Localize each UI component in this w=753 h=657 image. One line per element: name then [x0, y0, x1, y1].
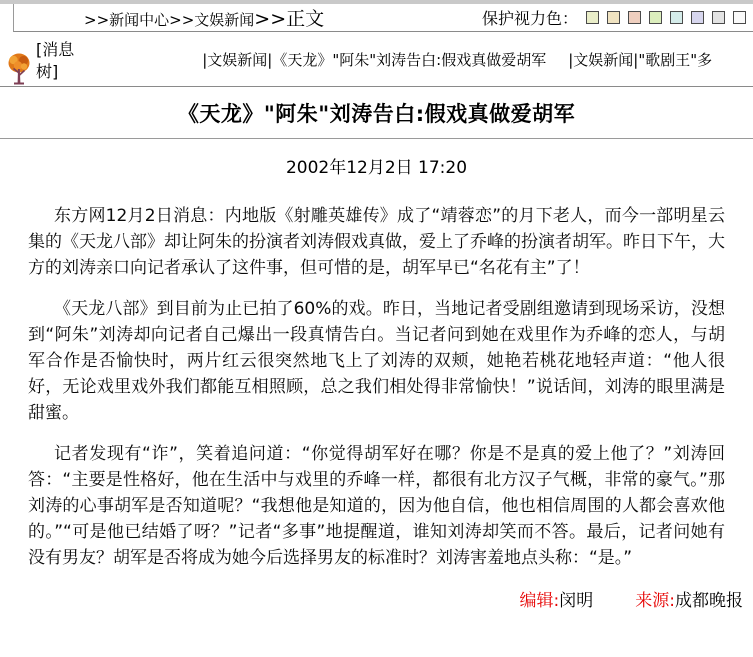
breadcrumb: >>新闻中心 >>文娱新闻 >>正文 [14, 4, 324, 31]
editor-name: 闵明 [559, 591, 593, 611]
breadcrumb-item-news-center[interactable]: >>新闻中心 [84, 9, 169, 30]
message-tree-label-line1: [消息 [36, 39, 74, 61]
paragraph-3: 记者发现有“诈”，笑着追问道：“你觉得胡军好在哪？你是不是真的爱上他了？”刘涛回… [28, 441, 725, 571]
article-title: 《天龙》"阿朱"刘涛告白:假戏真做爱胡军 [0, 98, 753, 128]
editor-label: 编辑: [520, 591, 560, 611]
breadcrumb-item-article: >>正文 [254, 4, 324, 31]
title-divider [0, 138, 753, 139]
color-swatch-1[interactable] [586, 11, 599, 24]
source-name: 成都晚报 [675, 591, 743, 611]
breadcrumb-item-entertainment-news[interactable]: >>文娱新闻 [169, 9, 254, 30]
color-swatch-3[interactable] [628, 11, 641, 24]
color-swatch-2[interactable] [607, 11, 620, 24]
message-tree-label-line2: 树] [36, 61, 74, 83]
color-swatch-7[interactable] [712, 11, 725, 24]
news-ticker: |文娱新闻|《天龙》"阿朱"刘涛告白:假戏真做爱胡军 |文娱新闻|"歌剧王"多 [202, 32, 753, 86]
color-swatch-6[interactable] [691, 11, 704, 24]
autumn-tree-icon [7, 52, 31, 85]
article-footer: 编辑:闵明来源:成都晚报 [0, 586, 753, 611]
eye-protect-label: 保护视力色： [482, 6, 578, 29]
header-row: >>新闻中心 >>文娱新闻 >>正文 保护视力色： [13, 4, 753, 32]
article-date: 2002年12月2日 17:20 [0, 153, 753, 178]
paragraph-2: 《天龙八部》到目前为止已拍了60%的戏。昨日，当地记者受剧组邀请到现场采访，没想… [28, 296, 725, 426]
message-tree: [消息 树] [0, 32, 74, 86]
eye-protect-color-picker: 保护视力色： [482, 6, 753, 29]
article-body: 东方网12月2日消息：内地版《射雕英雄传》成了“靖蓉恋”的月下老人，而今一部明星… [0, 203, 753, 571]
message-tree-label[interactable]: [消息 树] [36, 39, 74, 86]
color-swatch-8[interactable] [733, 11, 746, 24]
color-swatch-4[interactable] [649, 11, 662, 24]
ticker-item-2[interactable]: |文娱新闻|"歌剧王"多 [568, 49, 712, 70]
news-article-page: >>新闻中心 >>文娱新闻 >>正文 保护视力色： [0, 0, 753, 657]
ticker-item-1[interactable]: |文娱新闻|《天龙》"阿朱"刘涛告白:假戏真做爱胡军 [202, 49, 546, 70]
ticker-row: [消息 树] |文娱新闻|《天龙》"阿朱"刘涛告白:假戏真做爱胡军 |文娱新闻|… [0, 32, 753, 87]
source-label: 来源: [635, 591, 675, 611]
paragraph-1: 东方网12月2日消息：内地版《射雕英雄传》成了“靖蓉恋”的月下老人，而今一部明星… [28, 203, 725, 281]
color-swatch-5[interactable] [670, 11, 683, 24]
